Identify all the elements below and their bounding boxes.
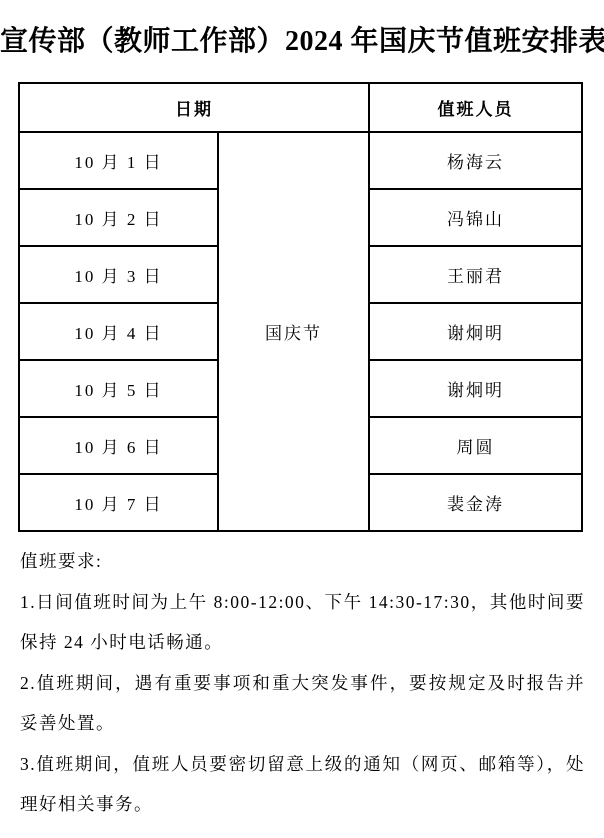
- requirements-heading: 值班要求:: [20, 541, 585, 582]
- person-cell: 裴金涛: [369, 474, 582, 531]
- requirements-section: 值班要求: 1.日间值班时间为上午 8:00-12:00、下午 14:30-17…: [20, 541, 585, 825]
- date-cell: 10 月 6 日: [19, 417, 218, 474]
- date-cell: 10 月 3 日: [19, 246, 218, 303]
- person-cell: 冯锦山: [369, 189, 582, 246]
- requirement-item: 1.日间值班时间为上午 8:00-12:00、下午 14:30-17:30，其他…: [20, 582, 585, 663]
- date-cell: 10 月 4 日: [19, 303, 218, 360]
- header-row: 日期 值班人员: [19, 83, 582, 132]
- page-title: 宣传部（教师工作部）2024 年国庆节值班安排表: [0, 0, 604, 59]
- person-cell: 周圆: [369, 417, 582, 474]
- header-cell-person: 值班人员: [369, 83, 582, 132]
- person-cell: 谢炯明: [369, 360, 582, 417]
- requirement-item: 3.值班期间，值班人员要密切留意上级的通知（网页、邮箱等），处理好相关事务。: [20, 744, 585, 825]
- table-row: 10 月 1 日国庆节杨海云: [19, 132, 582, 189]
- date-cell: 10 月 2 日: [19, 189, 218, 246]
- person-cell: 王丽君: [369, 246, 582, 303]
- duty-table-body: 10 月 1 日国庆节杨海云10 月 2 日冯锦山10 月 3 日王丽君10 月…: [19, 132, 582, 531]
- duty-table-head: 日期 值班人员: [19, 83, 582, 132]
- date-cell: 10 月 1 日: [19, 132, 218, 189]
- person-cell: 谢炯明: [369, 303, 582, 360]
- date-cell: 10 月 7 日: [19, 474, 218, 531]
- duty-table: 日期 值班人员 10 月 1 日国庆节杨海云10 月 2 日冯锦山10 月 3 …: [18, 82, 583, 532]
- holiday-cell: 国庆节: [218, 132, 369, 531]
- person-cell: 杨海云: [369, 132, 582, 189]
- date-cell: 10 月 5 日: [19, 360, 218, 417]
- document-page: 宣传部（教师工作部）2024 年国庆节值班安排表 日期 值班人员 10 月 1 …: [0, 0, 604, 838]
- requirements-list: 1.日间值班时间为上午 8:00-12:00、下午 14:30-17:30，其他…: [20, 582, 585, 825]
- requirement-item: 2.值班期间，遇有重要事项和重大突发事件，要按规定及时报告并妥善处置。: [20, 663, 585, 744]
- header-cell-date: 日期: [19, 83, 369, 132]
